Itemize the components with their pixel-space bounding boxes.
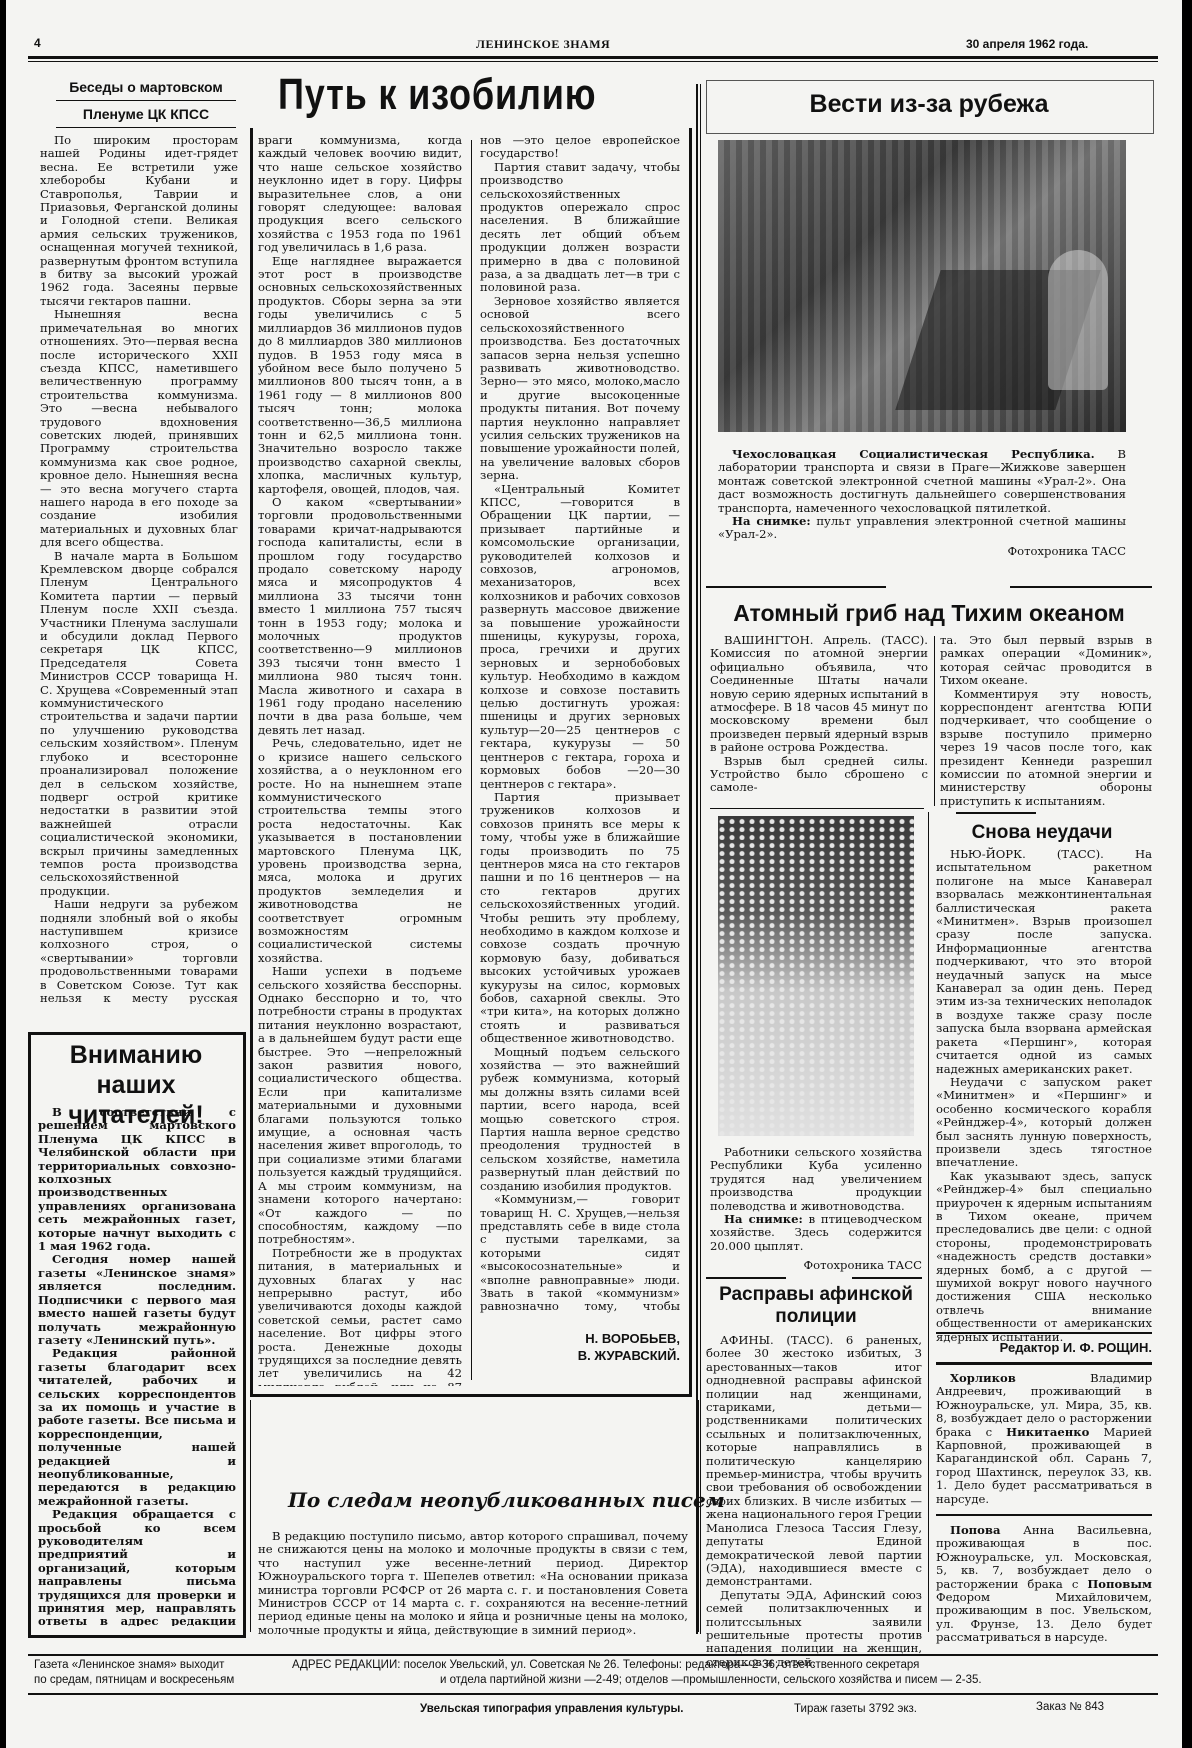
photo1-credit: Фотохроника ТАСС: [718, 544, 1126, 558]
lead-article-column-2: враги коммунизма, когда каждый человек в…: [258, 134, 462, 1386]
newspaper-page: 4 ЛЕНИНСКОЕ ЗНАМЯ 30 апреля 1962 года. Б…: [6, 0, 1182, 1748]
paragraph: враги коммунизма, когда каждый человек в…: [258, 134, 462, 255]
paragraph: Редакция обращается с просьбой ко всем р…: [38, 1508, 236, 1626]
divider: [706, 1277, 786, 1279]
kicker-line-2: Пленуме ЦК КПСС: [56, 101, 236, 128]
author-2: В. ЖУРАВСКИЙ.: [480, 1347, 680, 1364]
column-divider: [471, 140, 472, 1380]
lead-article-column-1: По широким просторам нашей Родины идет-г…: [40, 134, 238, 1004]
paragraph: АФИНЫ. (ТАСС). 6 раненых, более 30 жесто…: [706, 1334, 922, 1589]
divider: [710, 808, 924, 809]
column-divider: [928, 812, 929, 1632]
order-number: Заказ № 843: [1036, 1700, 1104, 1715]
photo2-credit: Фотохроника ТАСС: [710, 1258, 922, 1272]
footer-rule: [28, 1654, 1158, 1656]
paragraph: Партия ставит задачу, чтобы производство…: [480, 161, 680, 295]
paragraph: Неудачи с запуском ракет «Минитмен» и «П…: [936, 1076, 1152, 1170]
letters-text: В редакцию поступило письмо, автор котор…: [258, 1530, 688, 1637]
editor-signature: Редактор И. Ф. РОЩИН.: [936, 1340, 1152, 1355]
paragraph: Мощный подъем сельского хозяйства — это …: [480, 1046, 680, 1193]
paragraph: Наши недруги за рубежом подняли злобный …: [40, 898, 238, 1004]
divider: [1010, 586, 1152, 588]
circulation: Тираж газеты 3792 экз.: [794, 1702, 917, 1717]
article-kicker: Беседы о мартовском Пленуме ЦК КПСС: [56, 74, 236, 128]
photo2-caption: Работники сельского хозяйства Республики…: [710, 1146, 922, 1253]
foreign-section-title: Вести из-за рубежа: [706, 90, 1152, 119]
paragraph: Нынешняя весна примечательная во многих …: [40, 308, 238, 549]
editorial-address: АДРЕС РЕДАКЦИИ: поселок Увельский, ул. С…: [292, 1658, 1138, 1688]
foreign-section-rule-2: [700, 84, 701, 1634]
paragraph: О каком «свертывании» торговли продоволь…: [258, 496, 462, 737]
lead-article-column-3: нов —это целое европейское государство! …: [480, 134, 680, 1314]
article-authors: Н. ВОРОБЬЕВ, В. ЖУРАВСКИЙ.: [480, 1330, 680, 1364]
publication-schedule: Газета «Ленинское знамя» выходит по сред…: [34, 1658, 234, 1688]
atomic-headline: Атомный гриб над Тихим океаном: [706, 600, 1152, 627]
paragraph: В соответствии с решением мартовского Пл…: [38, 1106, 236, 1253]
divorce-notice-1: Хорликов Владимир Андреевич, проживающий…: [936, 1372, 1152, 1506]
divider: [956, 812, 1036, 814]
paragraph: нов —это целое европейское государство!: [480, 134, 680, 161]
paragraph: Как указывают здесь, запуск «Рейнджер-4»…: [936, 1170, 1152, 1344]
divorce-notice-2: Попова Анна Васильевна, проживающая в по…: [936, 1524, 1152, 1645]
paragraph: та. Это был первый взрыв в рамках операц…: [940, 634, 1152, 688]
kicker-line-1: Беседы о мартовском: [56, 74, 236, 101]
paragraph: Комментируя эту новость, корреспондент а…: [940, 688, 1152, 809]
failures-headline: Снова неудачи: [932, 822, 1152, 844]
athens-headline: Расправы афинской полиции: [706, 1284, 926, 1328]
letters-right-rule: [698, 1400, 699, 1632]
paragraph: «Центральный Комитет КПСС, —говорится в …: [480, 483, 680, 791]
paragraph: НЬЮ-ЙОРК. (ТАСС). На испытательном ракет…: [936, 848, 1152, 1076]
computer-photo: [718, 140, 1126, 432]
paragraph: Партия призывает тружеников колхозов и с…: [480, 791, 680, 1046]
paragraph: По широким просторам нашей Родины идет-г…: [40, 134, 238, 308]
paragraph: Наши успехи в подъеме сельского хозяйств…: [258, 965, 462, 1247]
paragraph: Сегодня номер нашей газеты «Ленинское зн…: [38, 1253, 236, 1347]
paragraph: «Коммунизм,— говорит товарищ Н. С. Хруще…: [480, 1193, 680, 1314]
atomic-column-1: ВАШИНГТОН. Апрель. (ТАСС). Комиссия по а…: [710, 634, 928, 795]
failures-text: НЬЮ-ЙОРК. (ТАСС). На испытательном ракет…: [936, 848, 1152, 1344]
divider: [706, 586, 886, 588]
paragraph: Потребности же в продуктах питания, в ма…: [258, 1247, 462, 1386]
divider: [936, 1514, 1152, 1516]
readers-notice-text: В соответствии с решением мартовского Пл…: [38, 1106, 236, 1626]
lead-headline: Путь к изобилию: [278, 70, 596, 120]
photo1-caption: Чехословацкая Социалистическая Республик…: [718, 448, 1126, 542]
header-rule-thin: [28, 61, 1158, 62]
letters-left-rule: [250, 1400, 251, 1632]
header-rule: [28, 56, 1158, 59]
paragraph: ВАШИНГТОН. Апрель. (ТАСС). Комиссия по а…: [710, 634, 928, 755]
paragraph: В начале марта в Большом Кремлевском дво…: [40, 550, 238, 899]
divider: [936, 1362, 1152, 1365]
atomic-column-2: та. Это был первый взрыв в рамках операц…: [940, 634, 1152, 808]
foreign-section-rule: [696, 84, 698, 1634]
printer-info: Увельская типография управления культуры…: [420, 1702, 684, 1717]
page-number: 4: [34, 36, 41, 50]
paragraph: Редакция районной газеты благодарит всех…: [38, 1347, 236, 1508]
poultry-farm-photo: [718, 816, 914, 1136]
operator-figure: [1048, 250, 1108, 390]
paragraph: Речь, следовательно, идет не о кризисе н…: [258, 737, 462, 965]
footer-rule: [28, 1693, 1158, 1695]
divider: [852, 1277, 922, 1279]
paragraph: Зерновое хозяйство является основой всег…: [480, 295, 680, 483]
divider: [936, 1332, 1152, 1334]
paragraph: Взрыв был средней силы. Устройство было …: [710, 755, 928, 795]
column-divider: [934, 636, 935, 806]
paragraph: В редакцию поступило письмо, автор котор…: [258, 1530, 688, 1637]
issue-date: 30 апреля 1962 года.: [966, 37, 1088, 51]
paragraph: Еще нагляднее выражается этот рост в про…: [258, 255, 462, 496]
athens-text: АФИНЫ. (ТАСС). 6 раненых, более 30 жесто…: [706, 1334, 922, 1669]
newspaper-name: ЛЕНИНСКОЕ ЗНАМЯ: [476, 37, 610, 52]
author-1: Н. ВОРОБЬЕВ,: [480, 1330, 680, 1347]
letters-headline: По следам неопубликованных писем: [288, 1488, 725, 1512]
